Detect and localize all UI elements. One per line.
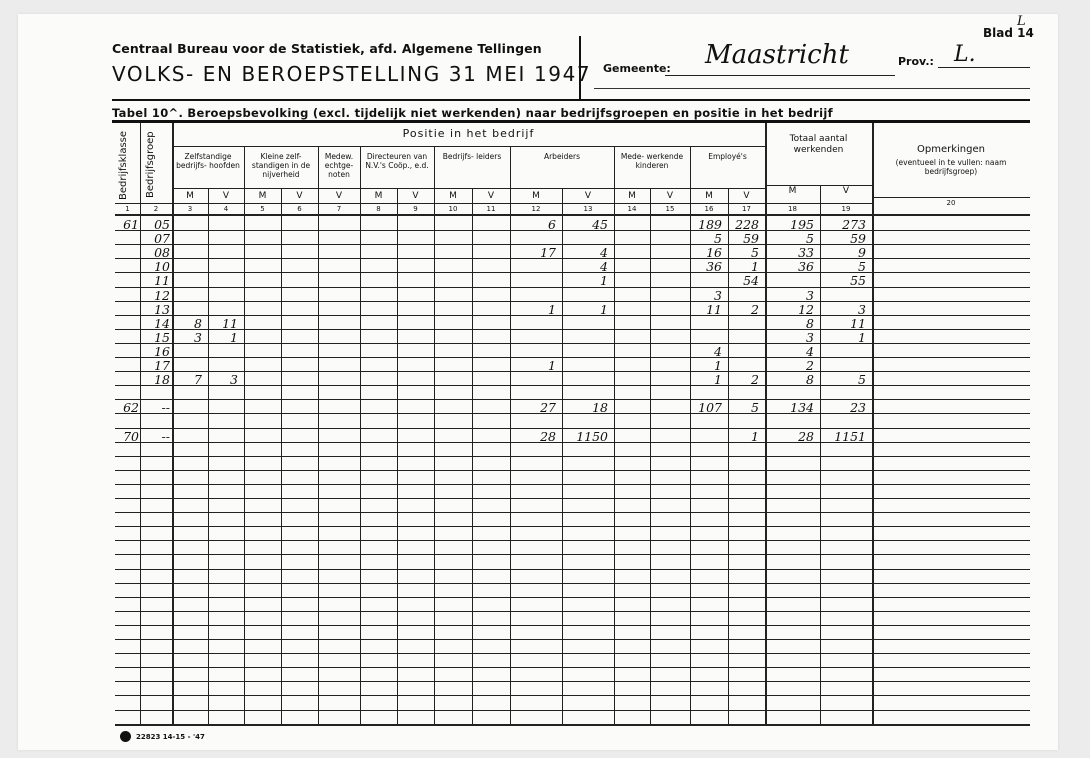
header-sex: M bbox=[510, 192, 562, 201]
header-sex: M bbox=[360, 192, 397, 201]
column-number: 3 bbox=[172, 205, 208, 213]
cell-bedrijfsgroep: 12 bbox=[140, 288, 170, 303]
header-sex: M bbox=[765, 187, 820, 196]
cell-value: 8 bbox=[765, 316, 814, 331]
cell-value: 273 bbox=[820, 217, 866, 232]
cell-value: 8 bbox=[172, 316, 202, 331]
printer-logo-icon bbox=[120, 731, 131, 742]
cell-value: 134 bbox=[765, 400, 814, 415]
column-number: 19 bbox=[820, 205, 872, 213]
grid-line bbox=[115, 203, 872, 204]
cell-value: 5 bbox=[765, 231, 814, 246]
print-code: 22823 14-15 - '47 bbox=[136, 733, 205, 741]
cell-value: 36 bbox=[765, 259, 814, 274]
header-positie: Positie in het bedrijf bbox=[172, 129, 765, 138]
cell-value: 28 bbox=[510, 429, 556, 444]
grid-line bbox=[172, 123, 174, 724]
gemeente-label: Gemeente: bbox=[603, 62, 671, 75]
cell-value: 5 bbox=[728, 400, 759, 415]
cell-value: 228 bbox=[728, 217, 759, 232]
column-number: 15 bbox=[650, 205, 690, 213]
column-number: 10 bbox=[434, 205, 472, 213]
cell-value: 4 bbox=[562, 259, 608, 274]
grid-line bbox=[872, 197, 1030, 198]
header-bedrijfsklasse: Bedrijfsklasse bbox=[118, 130, 136, 200]
grid-line bbox=[115, 371, 1030, 372]
grid-line bbox=[115, 667, 1030, 668]
header-group: Zelfstandige bedrijfs- hoofden bbox=[172, 152, 244, 170]
cell-value: 189 bbox=[690, 217, 722, 232]
column-number: 1 bbox=[115, 205, 140, 213]
cell-value: 59 bbox=[820, 231, 866, 246]
header-sex: M bbox=[244, 192, 281, 201]
header-sex: V bbox=[650, 192, 690, 201]
header-sex: V bbox=[318, 192, 360, 201]
column-number: 17 bbox=[728, 205, 765, 213]
header-sex: V bbox=[472, 192, 510, 201]
cell-bedrijfsgroep: 05 bbox=[140, 217, 170, 232]
cell-value: 54 bbox=[728, 273, 759, 288]
cell-value: 5 bbox=[728, 245, 759, 260]
grid-line bbox=[115, 498, 1030, 499]
cell-value: 5 bbox=[820, 372, 866, 387]
table-top-rule bbox=[112, 120, 1030, 123]
blad-label: Blad 14 bbox=[983, 26, 1034, 40]
cell-bedrijfsgroep: 07 bbox=[140, 231, 170, 246]
cell-value: 3 bbox=[690, 288, 722, 303]
cell-value: 36 bbox=[690, 259, 722, 274]
grid-line bbox=[115, 484, 1030, 485]
grid-line bbox=[115, 512, 1030, 513]
blad-text: Blad bbox=[983, 26, 1013, 40]
cell-bedrijfsgroep: 14 bbox=[140, 316, 170, 331]
header-sex: V bbox=[820, 187, 872, 196]
column-number: 14 bbox=[614, 205, 650, 213]
column-number: 9 bbox=[397, 205, 434, 213]
header-divider bbox=[579, 36, 581, 100]
cell-value: 4 bbox=[765, 344, 814, 359]
column-number: 5 bbox=[244, 205, 281, 213]
header-group: Bedrijfs- leiders bbox=[434, 152, 510, 161]
grid-line bbox=[172, 188, 765, 189]
grid-line bbox=[115, 526, 1030, 527]
cell-value: 8 bbox=[765, 372, 814, 387]
form-title: VOLKS- EN BEROEPSTELLING 31 MEI 1947 bbox=[112, 62, 591, 86]
header-sex: V bbox=[397, 192, 434, 201]
cell-value: 18 bbox=[562, 400, 608, 415]
cell-value: 1 bbox=[690, 358, 722, 373]
grid-line bbox=[115, 456, 1030, 457]
header-opmerkingen-sub: (eventueel in te vullen: naam bedrijfsgr… bbox=[880, 158, 1022, 176]
gemeente-line bbox=[665, 75, 895, 76]
prov-label: Prov.: bbox=[898, 55, 934, 68]
cell-value: 1151 bbox=[820, 429, 866, 444]
cell-value: 2 bbox=[765, 358, 814, 373]
cell-value: 9 bbox=[820, 245, 866, 260]
header-rule-thick bbox=[112, 99, 1030, 101]
grid-line bbox=[115, 214, 1030, 216]
cell-bedrijfsklasse: 70 bbox=[115, 429, 139, 444]
cell-value: 2 bbox=[728, 372, 759, 387]
column-number: 20 bbox=[872, 199, 1030, 207]
header-bedrijfsgroep: Bedrijfsgroep bbox=[145, 130, 163, 200]
grid-line bbox=[115, 625, 1030, 626]
cell-value: 107 bbox=[690, 400, 722, 415]
grid-line bbox=[115, 583, 1030, 584]
cell-value: 4 bbox=[562, 245, 608, 260]
grid-line bbox=[872, 123, 874, 724]
column-number: 16 bbox=[690, 205, 728, 213]
cell-value: 17 bbox=[510, 245, 556, 260]
cell-value: 4 bbox=[690, 344, 722, 359]
cell-value: 3 bbox=[765, 330, 814, 345]
cell-bedrijfsgroep: 10 bbox=[140, 259, 170, 274]
cell-bedrijfsgroep: 17 bbox=[140, 358, 170, 373]
organization-name: Centraal Bureau voor de Statistiek, afd.… bbox=[112, 41, 542, 56]
table-title: Tabel 10^. Beroepsbevolking (excl. tijde… bbox=[112, 106, 833, 120]
column-number: 2 bbox=[140, 205, 172, 213]
grid-line bbox=[172, 146, 765, 147]
cell-value: 3 bbox=[172, 330, 202, 345]
cell-bedrijfsgroep: 13 bbox=[140, 302, 170, 317]
cell-value: 45 bbox=[562, 217, 608, 232]
cell-value: 3 bbox=[765, 288, 814, 303]
grid-line bbox=[115, 597, 1030, 598]
cell-bedrijfsgroep: 18 bbox=[140, 372, 170, 387]
cell-value: 1 bbox=[728, 259, 759, 274]
column-number: 6 bbox=[281, 205, 318, 213]
cell-value: 5 bbox=[690, 231, 722, 246]
cell-value: 5 bbox=[820, 259, 866, 274]
grid-line bbox=[115, 569, 1030, 570]
column-number: 18 bbox=[765, 205, 820, 213]
header-group: Kleine zelf- standigen in de nijverheid bbox=[244, 152, 318, 179]
cell-value: 2 bbox=[728, 302, 759, 317]
grid-line bbox=[115, 653, 1030, 654]
column-number: 11 bbox=[472, 205, 510, 213]
grid-line bbox=[115, 554, 1030, 555]
gemeente-value: Maastricht bbox=[705, 40, 849, 70]
cell-bedrijfsgroep: -- bbox=[140, 400, 170, 415]
grid-line bbox=[115, 329, 1030, 330]
header-group: Arbeiders bbox=[510, 152, 614, 161]
cell-value: 12 bbox=[765, 302, 814, 317]
header-sex: M bbox=[172, 192, 208, 201]
cell-value: 3 bbox=[820, 302, 866, 317]
cell-value: 1 bbox=[690, 372, 722, 387]
header-sex: V bbox=[562, 192, 614, 201]
cell-value: 1 bbox=[208, 330, 238, 345]
grid-line bbox=[115, 724, 1030, 726]
cell-bedrijfsgroep: 08 bbox=[140, 245, 170, 260]
cell-value: 1 bbox=[510, 302, 556, 317]
grid-line bbox=[115, 710, 1030, 711]
grid-line bbox=[115, 385, 1030, 386]
blad-superscript: L bbox=[1017, 14, 1026, 29]
cell-value: 3 bbox=[208, 372, 238, 387]
grid-line bbox=[140, 123, 141, 724]
cell-value: 11 bbox=[820, 316, 866, 331]
cell-value: 33 bbox=[765, 245, 814, 260]
cell-value: 195 bbox=[765, 217, 814, 232]
cell-value: 6 bbox=[510, 217, 556, 232]
grid-line bbox=[115, 639, 1030, 640]
grid-line bbox=[765, 185, 872, 186]
cell-value: 1 bbox=[728, 429, 759, 444]
header-sex: V bbox=[208, 192, 244, 201]
grid-line bbox=[115, 343, 1030, 344]
header-totaal: Totaal aantal werkenden bbox=[765, 134, 872, 156]
cell-value: 55 bbox=[820, 273, 866, 288]
prov-line bbox=[938, 67, 1030, 68]
cell-value: 11 bbox=[208, 316, 238, 331]
cell-value: 11 bbox=[690, 302, 722, 317]
header-sex: V bbox=[728, 192, 765, 201]
grid-line bbox=[115, 470, 1030, 471]
column-number: 4 bbox=[208, 205, 244, 213]
cell-bedrijfsgroep: -- bbox=[140, 429, 170, 444]
cell-value: 16 bbox=[690, 245, 722, 260]
cell-value: 28 bbox=[765, 429, 814, 444]
prov-value: L. bbox=[954, 42, 976, 67]
cell-bedrijfsgroep: 16 bbox=[140, 344, 170, 359]
column-number: 12 bbox=[510, 205, 562, 213]
header-group: Mede- werkende kinderen bbox=[614, 152, 690, 170]
cell-bedrijfsgroep: 11 bbox=[140, 273, 170, 288]
column-number: 7 bbox=[318, 205, 360, 213]
cell-value: 1 bbox=[562, 273, 608, 288]
header-sex: M bbox=[614, 192, 650, 201]
grid-line bbox=[115, 611, 1030, 612]
cell-bedrijfsklasse: 61 bbox=[115, 217, 139, 232]
header-group: Employé's bbox=[690, 152, 765, 161]
cell-value: 1 bbox=[562, 302, 608, 317]
header-sex: V bbox=[281, 192, 318, 201]
header-group: Medew. echtge- noten bbox=[318, 152, 360, 179]
header-group: Directeuren van N.V.'s Coöp., e.d. bbox=[360, 152, 434, 170]
header-sex: M bbox=[434, 192, 472, 201]
cell-value: 23 bbox=[820, 400, 866, 415]
header-opmerkingen: Opmerkingen bbox=[872, 145, 1030, 154]
cell-value: 1150 bbox=[562, 429, 608, 444]
grid-line bbox=[115, 540, 1030, 541]
column-number: 13 bbox=[562, 205, 614, 213]
grid-line bbox=[115, 357, 1030, 358]
cell-value: 1 bbox=[510, 358, 556, 373]
header-sex: M bbox=[690, 192, 728, 201]
grid-line bbox=[115, 695, 1030, 696]
cell-bedrijfsgroep: 15 bbox=[140, 330, 170, 345]
cell-bedrijfsklasse: 62 bbox=[115, 400, 139, 415]
cell-value: 1 bbox=[820, 330, 866, 345]
cell-value: 59 bbox=[728, 231, 759, 246]
cell-value: 7 bbox=[172, 372, 202, 387]
grid-line bbox=[115, 681, 1030, 682]
cell-value: 27 bbox=[510, 400, 556, 415]
header-rule bbox=[594, 88, 1030, 89]
column-number: 8 bbox=[360, 205, 397, 213]
grid-line bbox=[765, 123, 767, 724]
